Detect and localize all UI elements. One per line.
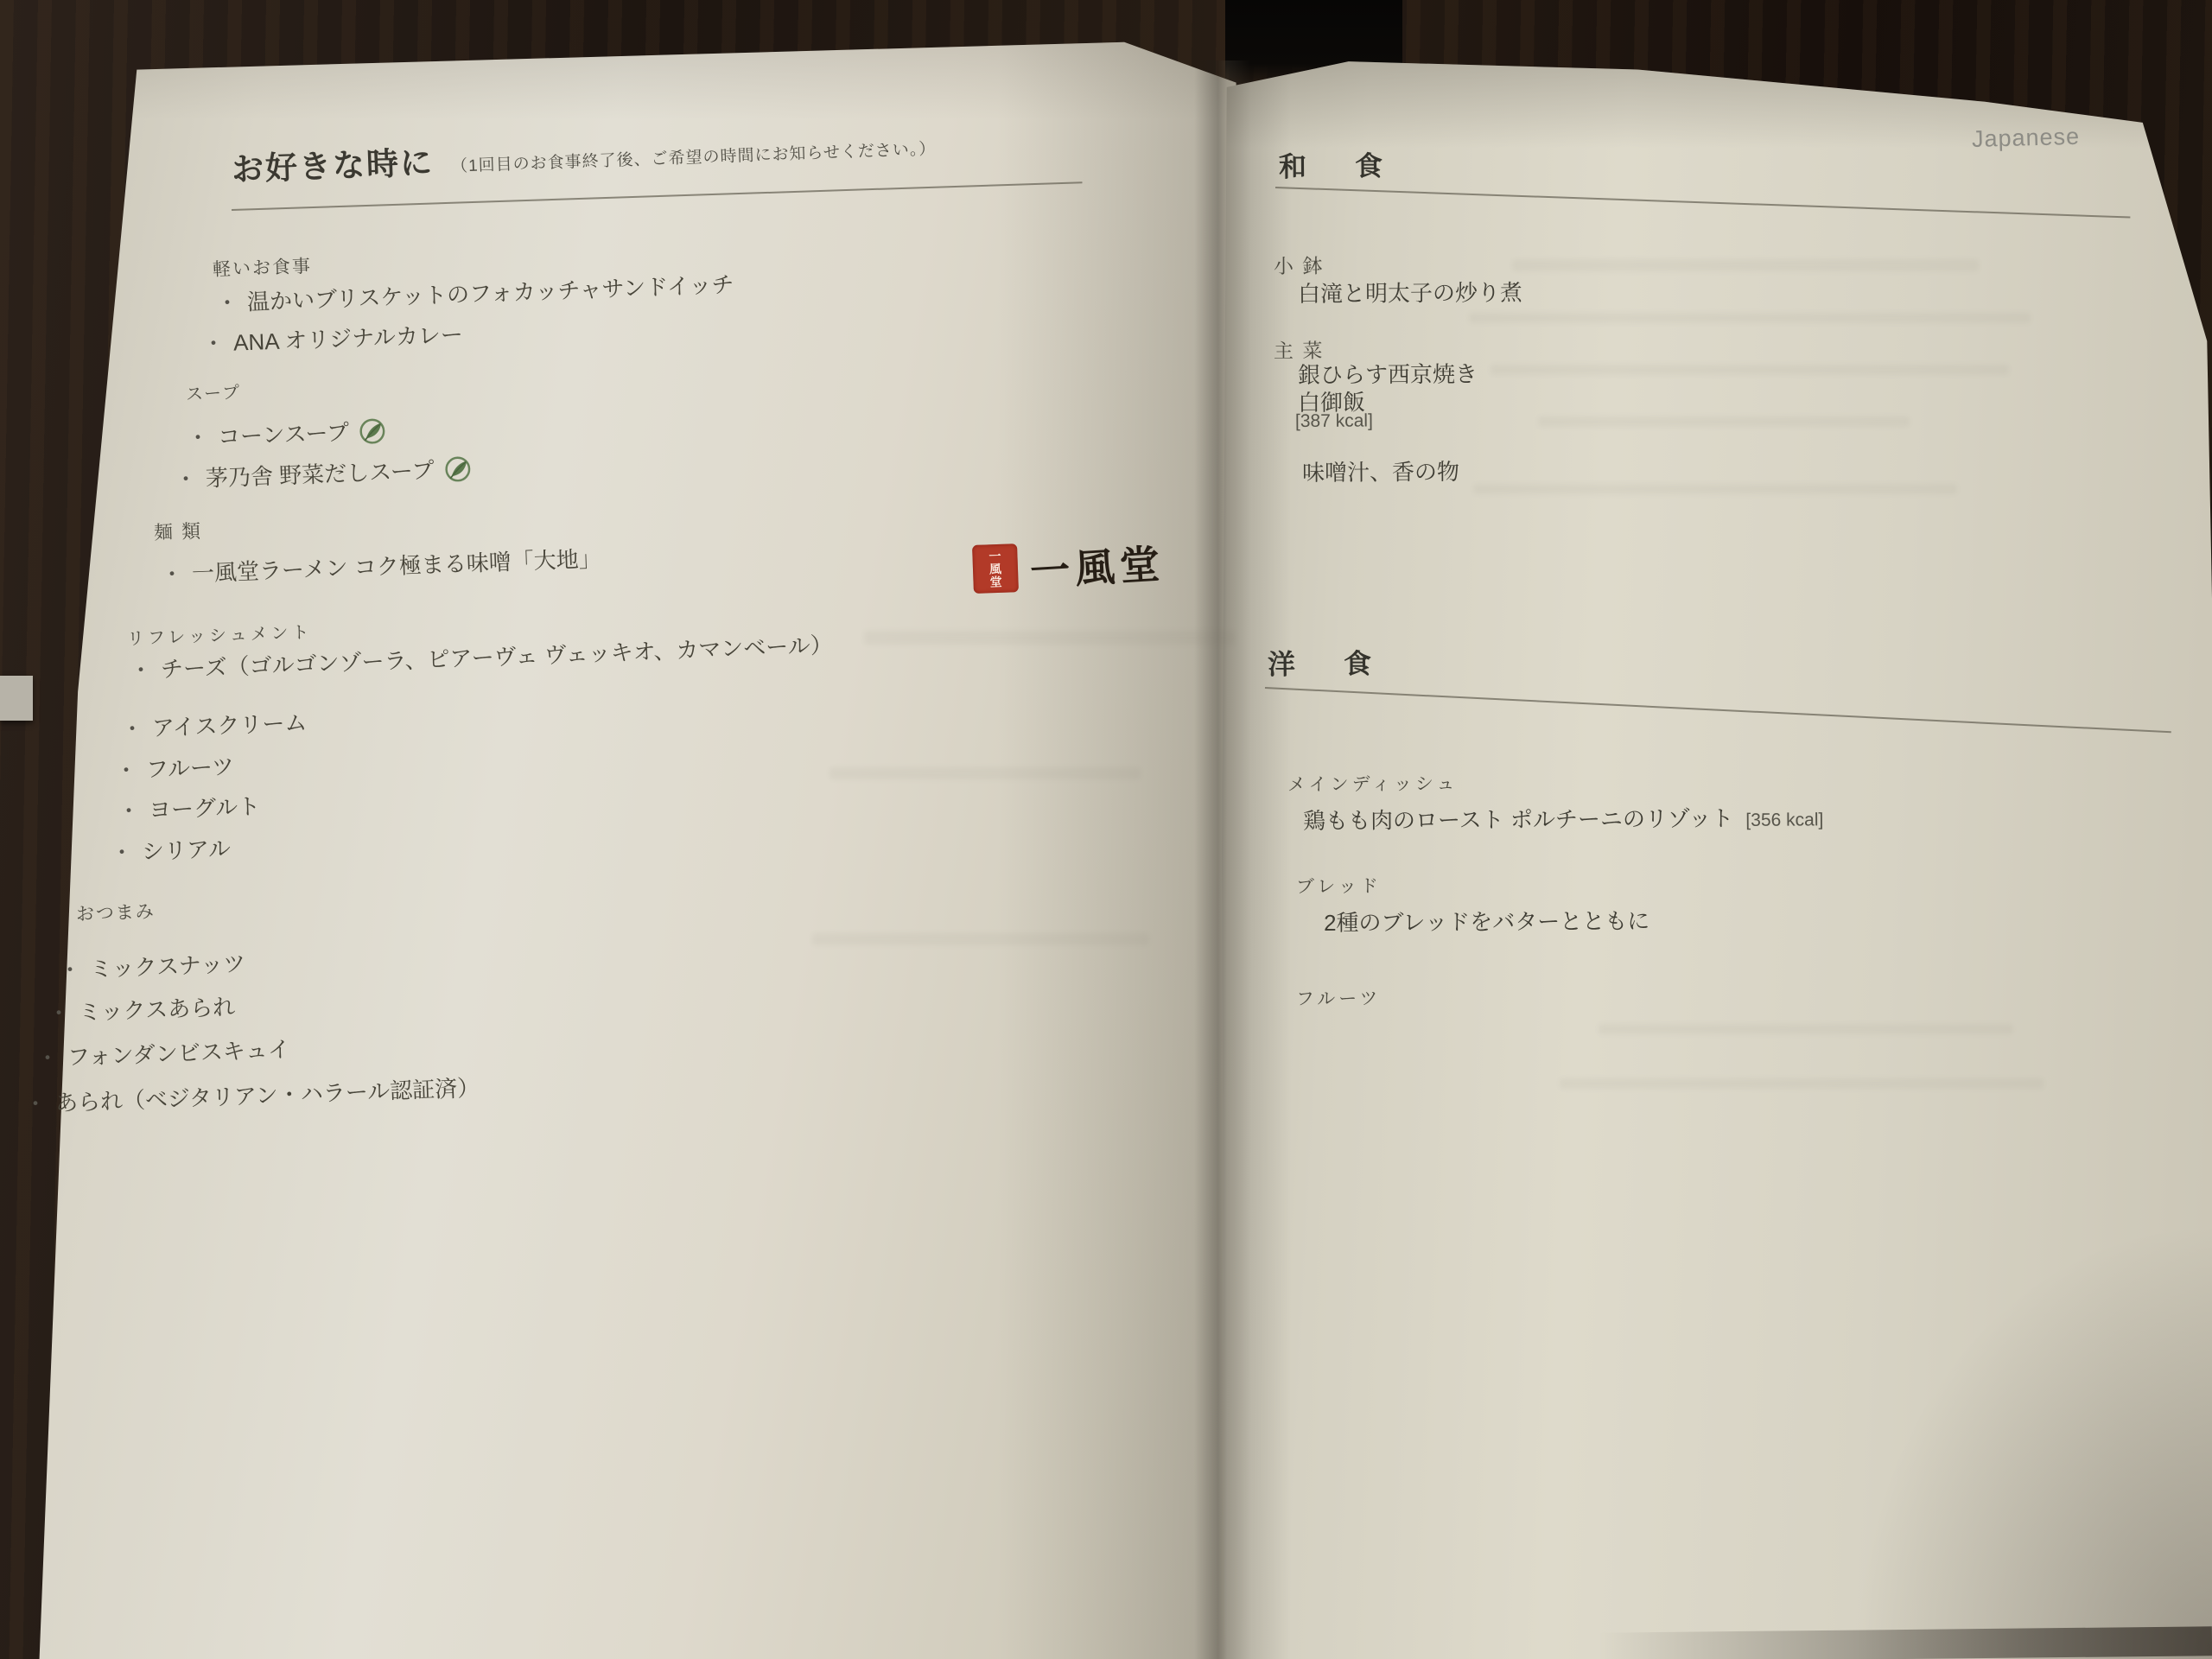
main-dish-label: メインディッシュ (1287, 770, 1459, 797)
menu-item-text: コーンスープ (217, 419, 349, 450)
section-label-noodles: 麺 類 (153, 517, 202, 545)
bread-label: ブレッド (1296, 872, 1382, 899)
ippudo-red-seal-icon: 一風堂 (972, 543, 1019, 594)
bullet: ・ (48, 1000, 71, 1027)
bullet: ・ (36, 1045, 60, 1071)
bullet: ・ (161, 561, 184, 588)
menu-item: ・ヨーグルト (117, 789, 260, 826)
language-label: Japanese (1972, 124, 2081, 153)
bullet: ・ (216, 289, 239, 316)
bleed-through-text (1538, 416, 1910, 427)
bullet: ・ (130, 657, 153, 683)
menu-item: ・ミックスナッツ (58, 946, 245, 985)
menu-item: ・アイスクリーム (120, 705, 308, 744)
bullet: ・ (175, 466, 198, 493)
bleed-through-text (1512, 259, 1979, 271)
bleed-through-text (1491, 365, 2009, 375)
section-label-light-meal: 軽いお食事 (212, 252, 312, 282)
vegetarian-leaf-icon (442, 454, 473, 484)
bullet: ・ (118, 798, 141, 824)
menu-item: 鶏もも肉のロースト ポルチーニのリゾット[356 kcal] (1303, 800, 1823, 836)
menu-item-text: 味噌汁、香の物 (1302, 454, 1459, 487)
ippudo-brand-logo: 一風堂 一風堂 (972, 534, 1166, 598)
booklet-fold-shadow (1194, 60, 1251, 1659)
menu-item-text: 鶏もも肉のロースト ポルチーニのリゾット (1303, 805, 1734, 834)
section-label-snacks: おつまみ (75, 898, 156, 926)
menu-item-text: シリアル (141, 836, 231, 865)
menu-item: ・シリアル (110, 831, 231, 868)
bullet: ・ (59, 957, 82, 983)
bleed-through-text (1469, 313, 2031, 323)
menu-item-text: ミックスあられ (78, 994, 235, 1026)
bullet: ・ (111, 839, 134, 866)
menu-item: ・フルーツ (114, 749, 234, 785)
kcal-value: [356 kcal] (1745, 810, 1823, 830)
bleed-through-text (1599, 1024, 2013, 1034)
bleed-through-text (829, 767, 1141, 779)
menu-item-text: 白滝と明太子の炒り煮 (1298, 275, 1522, 308)
bullet: ・ (202, 330, 226, 357)
ippudo-logo-text: 一風堂 (1028, 532, 1166, 597)
page-title: お好きな時に (231, 136, 435, 190)
fruit-label: フルーツ (1296, 984, 1382, 1011)
kcal-value: [387 kcal] (1295, 410, 1373, 432)
bleed-through-text (1473, 484, 1957, 494)
menu-photo: お好きな時に （1回目のお食事終了後、ご希望の時間にお知らせください。） 軽いお… (0, 0, 2212, 1659)
bullet: ・ (187, 424, 210, 451)
japanese-cuisine-heading: 和 食 (1279, 144, 1393, 185)
menu-item-text: ヨーグルト (148, 793, 260, 823)
bleed-through-text (812, 933, 1149, 945)
western-cuisine-heading: 洋 食 (1268, 642, 1382, 683)
menu-item-text: ミックスナッツ (89, 950, 245, 982)
bleed-through-text (864, 631, 1236, 645)
kobachi-label: 小 鉢 (1274, 251, 1325, 279)
menu-item-text: フルーツ (145, 753, 234, 783)
seal-text: 一風堂 (988, 549, 1002, 588)
bullet: ・ (24, 1090, 48, 1117)
page-edge-tab (0, 676, 33, 721)
section-label-soup: スープ (185, 378, 241, 405)
bleed-through-text (1560, 1078, 2044, 1089)
bullet: ・ (121, 715, 144, 742)
menu-item-text: 2種のブレッドをバターとともに (1324, 904, 1649, 938)
bottom-edge-shadow (1599, 1626, 2212, 1659)
bullet: ・ (115, 757, 138, 784)
vegetarian-leaf-icon (357, 416, 387, 447)
menu-item-text: アイスクリーム (151, 709, 307, 741)
